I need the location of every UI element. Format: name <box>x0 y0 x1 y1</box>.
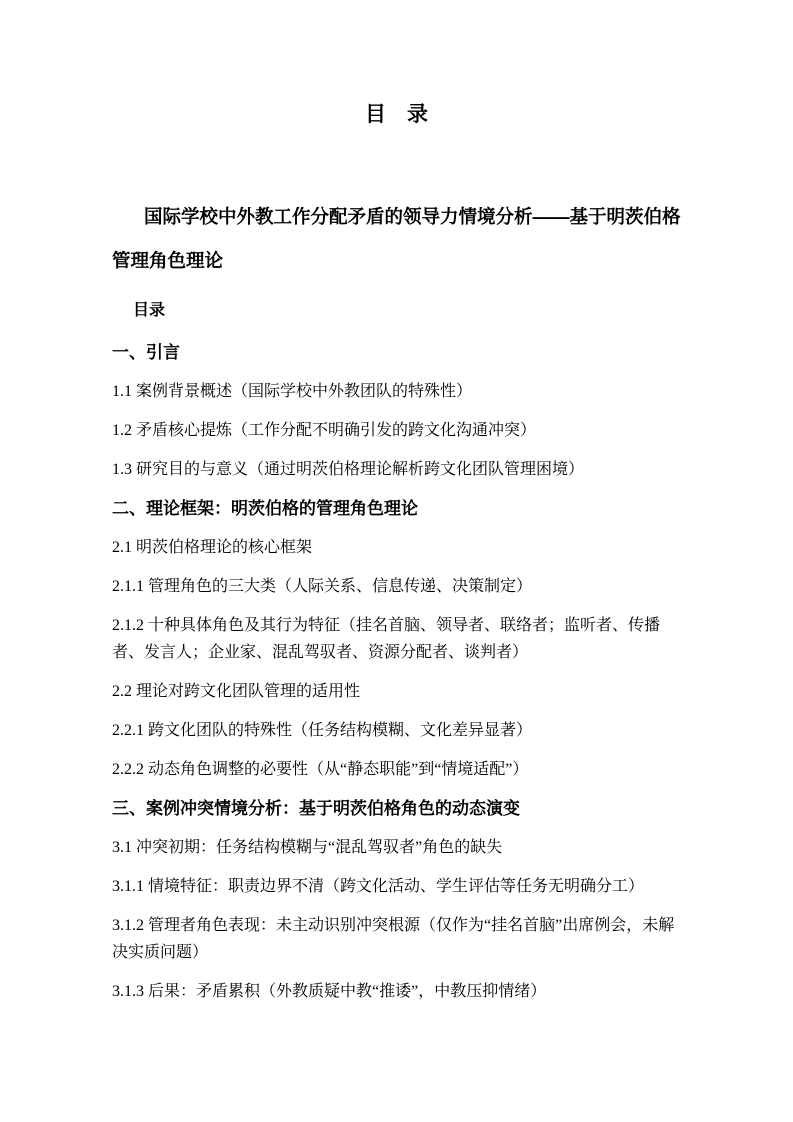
toc-entry: 2.1 明茨伯格理论的核心框架 <box>112 534 681 561</box>
toc-entry: 2.2.2 动态角色调整的必要性（从“静态职能”到“情境适配”） <box>112 756 681 783</box>
toc-entry: 三、案例冲突情境分析：基于明茨伯格角色的动态演变 <box>112 795 681 822</box>
document-page: 目 录 国际学校中外教工作分配矛盾的领导力情境分析——基于明茨伯格管理角色理论 … <box>0 0 793 1122</box>
toc-entry: 一、引言 <box>112 339 681 366</box>
toc-entry: 1.1 案例背景概述（国际学校中外教团队的特殊性） <box>112 378 681 405</box>
toc-list: 一、引言1.1 案例背景概述（国际学校中外教团队的特殊性）1.2 矛盾核心提炼（… <box>112 339 681 1005</box>
toc-entry: 3.1 冲突初期：任务结构模糊与“混乱驾驭者”角色的缺失 <box>112 834 681 861</box>
toc-entry: 3.1.3 后果：矛盾累积（外教质疑中教“推诿”，中教压抑情绪） <box>112 978 681 1005</box>
toc-entry: 2.2.1 跨文化团队的特殊性（任务结构模糊、文化差异显著） <box>112 717 681 744</box>
page-header-title: 目 录 <box>112 101 681 129</box>
toc-label: 目录 <box>112 297 681 324</box>
toc-entry: 3.1.2 管理者角色表现：未主动识别冲突根源（仅作为“挂名首脑”出席例会，未解… <box>112 912 681 966</box>
toc-entry: 2.1.1 管理角色的三大类（人际关系、信息传递、决策制定） <box>112 573 681 600</box>
toc-entry: 3.1.1 情境特征：职责边界不清（跨文化活动、学生评估等任务无明确分工） <box>112 873 681 900</box>
toc-entry: 2.1.2 十种具体角色及其行为特征（挂名首脑、领导者、联络者；监听者、传播者、… <box>112 612 681 666</box>
toc-entry: 1.2 矛盾核心提炼（工作分配不明确引发的跨文化沟通冲突） <box>112 417 681 444</box>
toc-entry: 2.2 理论对跨文化团队管理的适用性 <box>112 678 681 705</box>
toc-entry: 二、理论框架：明茨伯格的管理角色理论 <box>112 495 681 522</box>
toc-entry: 1.3 研究目的与意义（通过明茨伯格理论解析跨文化团队管理困境） <box>112 456 681 483</box>
document-title: 国际学校中外教工作分配矛盾的领导力情境分析——基于明茨伯格管理角色理论 <box>112 195 681 283</box>
